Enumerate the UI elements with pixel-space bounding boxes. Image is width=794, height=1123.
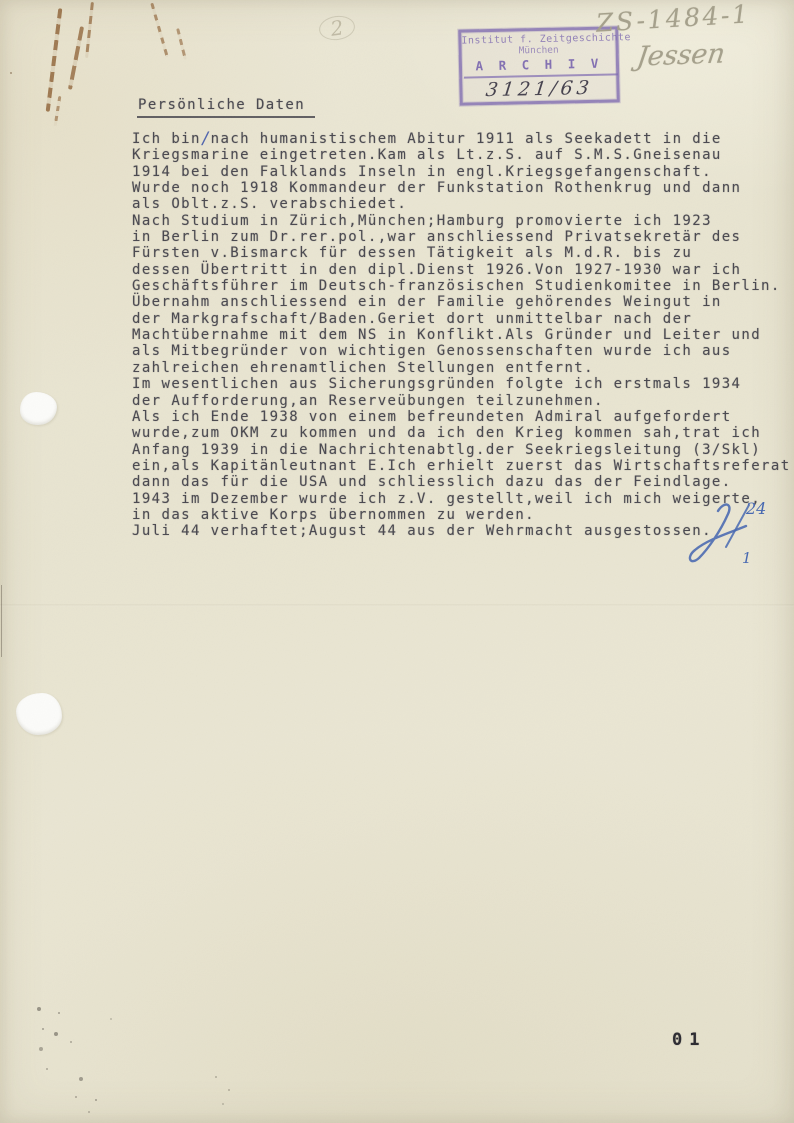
- body-line: dann das für die USA und schliesslich da…: [132, 474, 791, 490]
- document-heading: Persönliche Daten: [137, 97, 315, 118]
- body-line-first: Ich bin/nach humanistischem Abitur 1911 …: [132, 131, 791, 147]
- body-line: Geschäftsführer im Deutsch-französischen…: [132, 278, 791, 294]
- rust-streak: [54, 96, 62, 126]
- scanned-document-page: 2 Institut f. Zeitgeschichte München A R…: [0, 0, 794, 1123]
- paper-specks: [0, 0, 2, 2]
- margin-note-upper: 24: [745, 499, 766, 518]
- rust-streak: [150, 3, 168, 58]
- pen-insertion-slash-icon: /: [200, 128, 212, 149]
- body-line: in Berlin zum Dr.rer.pol.,war anschliess…: [132, 229, 791, 245]
- body-line: Anfang 1939 in die Nachrichtenabtlg.der …: [132, 442, 791, 458]
- body-line: Machtübernahme mit dem NS in Konflikt.Al…: [132, 327, 791, 343]
- body-line: Als ich Ende 1938 von einem befreundeten…: [132, 409, 791, 425]
- body-line: zahlreichen ehrenamtlichen Stellungen en…: [132, 360, 791, 376]
- archive-code-annotation: ZS-1484-1: [595, 0, 751, 38]
- body-line: der Aufforderung,an Reserveübungen teilz…: [132, 393, 791, 409]
- body-line: der Markgrafschaft/Baden.Geriet dort unm…: [132, 311, 791, 327]
- body-line: Kriegsmarine eingetreten.Kam als Lt.z.S.…: [132, 147, 791, 163]
- page-number: 01: [672, 1030, 706, 1050]
- faint-pencil-mark: 2: [318, 14, 357, 43]
- body-text: nach humanistischem Abitur 1911 als Seek…: [211, 131, 722, 147]
- name-annotation: Jessen: [635, 38, 727, 72]
- body-line: ein,als Kapitänleutnant E.Ich erhielt zu…: [132, 458, 791, 474]
- paper-hole: [16, 693, 62, 735]
- body-lines: Kriegsmarine eingetreten.Kam als Lt.z.S.…: [132, 147, 791, 539]
- margin-note-lower: 1: [742, 549, 752, 567]
- rust-streak: [68, 26, 84, 90]
- body-line: als Mitbegründer von wichtigen Genossens…: [132, 343, 791, 359]
- edge-scratch: [1, 585, 2, 657]
- body-text: Ich bin: [132, 131, 201, 147]
- archive-stamp: Institut f. Zeitgeschichte München A R C…: [458, 26, 620, 105]
- body-line: Fürsten v.Bismarck für dessen Tätigkeit …: [132, 245, 791, 261]
- paper-hole: [20, 392, 57, 425]
- body-line: 1914 bei den Falklands Inseln in engl.Kr…: [132, 164, 791, 180]
- fold-crease: [0, 604, 794, 607]
- rust-streak: [85, 2, 94, 58]
- rust-streak: [176, 28, 187, 60]
- body-line: Nach Studium in Zürich,München;Hamburg p…: [132, 213, 791, 229]
- body-line: dessen Übertritt in den dipl.Dienst 1926…: [132, 262, 791, 278]
- typewritten-body: Persönliche Daten Ich bin/nach humanisti…: [132, 97, 791, 540]
- body-line: Im wesentlichen aus Sicherungsgründen fo…: [132, 376, 791, 392]
- blue-ink-paraph: 24 1: [686, 497, 774, 575]
- body-line: als Oblt.z.S. verabschiedet.: [132, 196, 791, 212]
- body-line: Übernahm anschliessend ein der Familie g…: [132, 294, 791, 310]
- body-line: wurde,zum OKM zu kommen und da ich den K…: [132, 425, 791, 441]
- body-line: Wurde noch 1918 Kommandeur der Funkstati…: [132, 180, 791, 196]
